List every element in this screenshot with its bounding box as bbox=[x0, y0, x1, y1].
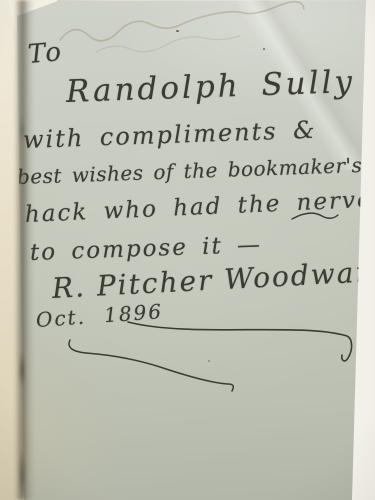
paper-speck bbox=[263, 48, 265, 50]
paper-speck bbox=[176, 30, 179, 32]
inscription-recipient: Randolph Sully bbox=[65, 64, 355, 110]
inscription-line-4: to compose it — bbox=[30, 232, 263, 266]
ghost-writing-impression bbox=[60, 2, 304, 41]
inscription-line-1: with compliments & bbox=[23, 116, 317, 154]
signature-underline-stroke bbox=[128, 322, 352, 361]
gutter-shadow bbox=[12, 0, 34, 500]
paper-speck bbox=[208, 360, 210, 362]
date-flourish-stroke bbox=[69, 340, 233, 391]
ghost-writing-impression-2 bbox=[96, 36, 240, 52]
inscription-line-3: hack who had the nerve bbox=[24, 187, 373, 228]
book-inscription-photo: To Randolph Sully with compliments & bes… bbox=[0, 0, 375, 500]
inscription-page: To Randolph Sully with compliments & bes… bbox=[0, 0, 375, 500]
inscription-line-2: best wishes of the bookmaker's bbox=[17, 153, 363, 189]
